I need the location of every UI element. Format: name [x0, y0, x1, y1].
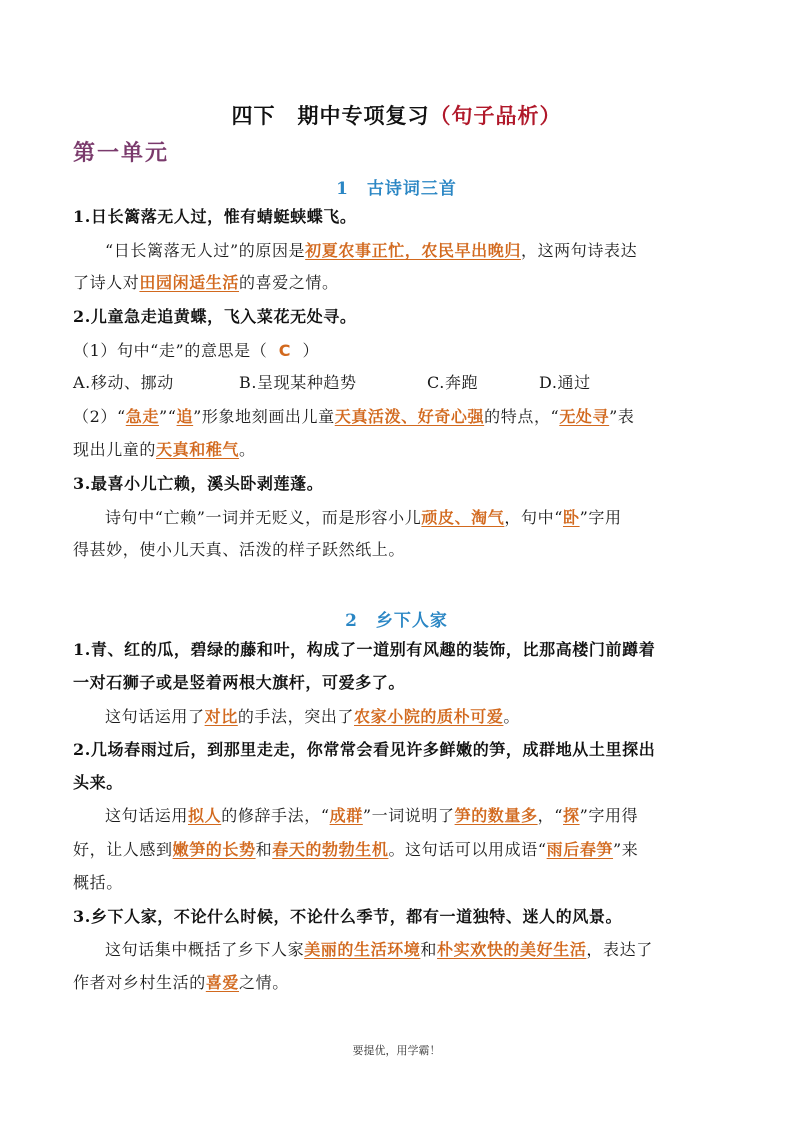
l1-question-2-part-1: （1）句中“走”的意思是（ C ） [73, 341, 723, 361]
document-page: 四下 期中专项复习（句子品析） 第一单元 1 古诗词三首 1.日长篱落无人过，惟… [0, 0, 793, 1122]
l2-answer-3-line-1: 这句话集中概括了乡下人家美丽的生活环境和朴实欢快的美好生活，表达了 [73, 940, 755, 960]
l1-answer-3-line-2: 得甚妙，使小儿天真、活泼的样子跃然纸上。 [73, 540, 723, 560]
l1-question-3: 3.最喜小儿亡赖，溪头卧剥莲蓬。 [73, 474, 723, 494]
l2-answer-2-line-2: 好，让人感到嫩笋的长势和春天的勃勃生机。这句话可以用成语“雨后春笋”来 [73, 840, 723, 860]
option-d: D.通过 [539, 373, 591, 393]
l2-question-2-line-2: 头来。 [73, 773, 723, 793]
l1-answer-3-line-1: 诗句中“亡赖”一词并无贬义，而是形容小儿顽皮、淘气，句中“卧”字用 [73, 508, 755, 528]
option-c: C.奔跑 [427, 373, 539, 393]
answer-blank: 初夏农事正忙，农民早出晚归 [305, 241, 521, 260]
page-footer: 要提优，用学霸！ [0, 1042, 793, 1058]
title-main: 四下 期中专项复习 [232, 103, 430, 128]
l1-question-1: 1.日长篱落无人过，惟有蜻蜓蛱蝶飞。 [73, 207, 723, 227]
option-a: A.移动、挪动 [73, 373, 239, 393]
answer-blank: 田园闲适生活 [139, 273, 239, 292]
choice-answer: C [279, 341, 291, 360]
l1-options: A.移动、挪动B.呈现某种趋势C.奔跑D.通过 [73, 373, 723, 393]
unit-heading: 第一单元 [73, 136, 169, 167]
l2-answer-1: 这句话运用了对比的手法，突出了农家小院的质朴可爱。 [73, 707, 755, 727]
option-b: B.呈现某种趋势 [239, 373, 427, 393]
l2-question-1-line-1: 1.青、红的瓜，碧绿的藤和叶，构成了一道别有风趣的装饰，比那高楼门前蹲着 [73, 640, 723, 660]
l2-question-2-line-1: 2.几场春雨过后，到那里走走，你常常会看见许多鲜嫩的笋，成群地从土里探出 [73, 740, 723, 760]
l1-question-2-part-2-line-1: （2）“急走”“追”形象地刻画出儿童天真活泼、好奇心强的特点，“无处寻”表 [73, 407, 723, 427]
l1-question-2: 2.儿童急走追黄蝶，飞入菜花无处寻。 [73, 307, 723, 327]
lesson-heading-1: 1 古诗词三首 [0, 174, 793, 199]
l1-answer-1-line-1: “日长篱落无人过”的原因是初夏农事正忙，农民早出晚归，这两句诗表达 [73, 241, 755, 261]
l1-answer-1-line-2: 了诗人对田园闲适生活的喜爱之情。 [73, 273, 723, 293]
page-title: 四下 期中专项复习（句子品析） [0, 100, 793, 130]
title-subtitle: （句子品析） [430, 103, 562, 128]
l2-answer-3-line-2: 作者对乡村生活的喜爱之情。 [73, 973, 723, 993]
l2-question-1-line-2: 一对石狮子或是竖着两根大旗杆，可爱多了。 [73, 673, 723, 693]
l2-answer-2-line-1: 这句话运用拟人的修辞手法，“成群”一词说明了笋的数量多，“探”字用得 [73, 806, 755, 826]
l2-question-3: 3.乡下人家，不论什么时候，不论什么季节，都有一道独特、迷人的风景。 [73, 907, 723, 927]
l1-question-2-part-2-line-2: 现出儿童的天真和稚气。 [73, 440, 723, 460]
lesson-heading-2: 2 乡下人家 [0, 606, 793, 631]
l2-answer-2-line-3: 概括。 [73, 873, 723, 893]
